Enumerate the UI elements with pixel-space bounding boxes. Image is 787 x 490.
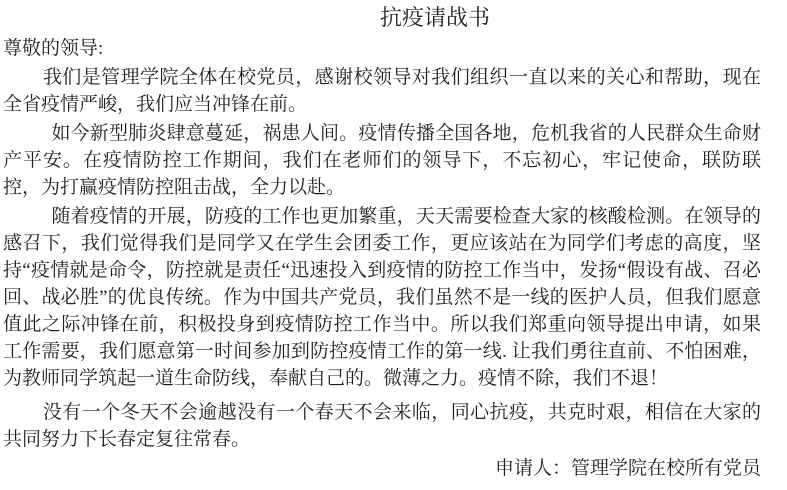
paragraph-introduction: 我们是管理学院全体在校党员，感谢校领导对我们组织一直以来的关心和帮助，现在全省疫… [3, 64, 761, 118]
paragraph-epidemic-situation: 如今新型肺炎肆意蔓延，祸患人间。疫情传播全国各地，危机我省的人民群众生命财产平安… [3, 120, 761, 201]
salutation: 尊敬的领导: [3, 35, 761, 62]
paragraph-closing: 没有一个冬天不会逾越没有一个春天不会来临，同心抗疫，共克时艰，相信在大家的共同努… [3, 399, 761, 453]
document-title: 抗疫请战书 [56, 4, 787, 32]
paragraph-request-to-fight: 随着疫情的开展，防疫的工作也更加繁重，天天需要检查大家的核酸检测。在领导的感召下… [3, 203, 761, 392]
signature: 申请人：管理学院在校所有党员 [3, 455, 761, 482]
document-page: 抗疫请战书 尊敬的领导: 我们是管理学院全体在校党员，感谢校领导对我们组织一直以… [0, 0, 787, 490]
